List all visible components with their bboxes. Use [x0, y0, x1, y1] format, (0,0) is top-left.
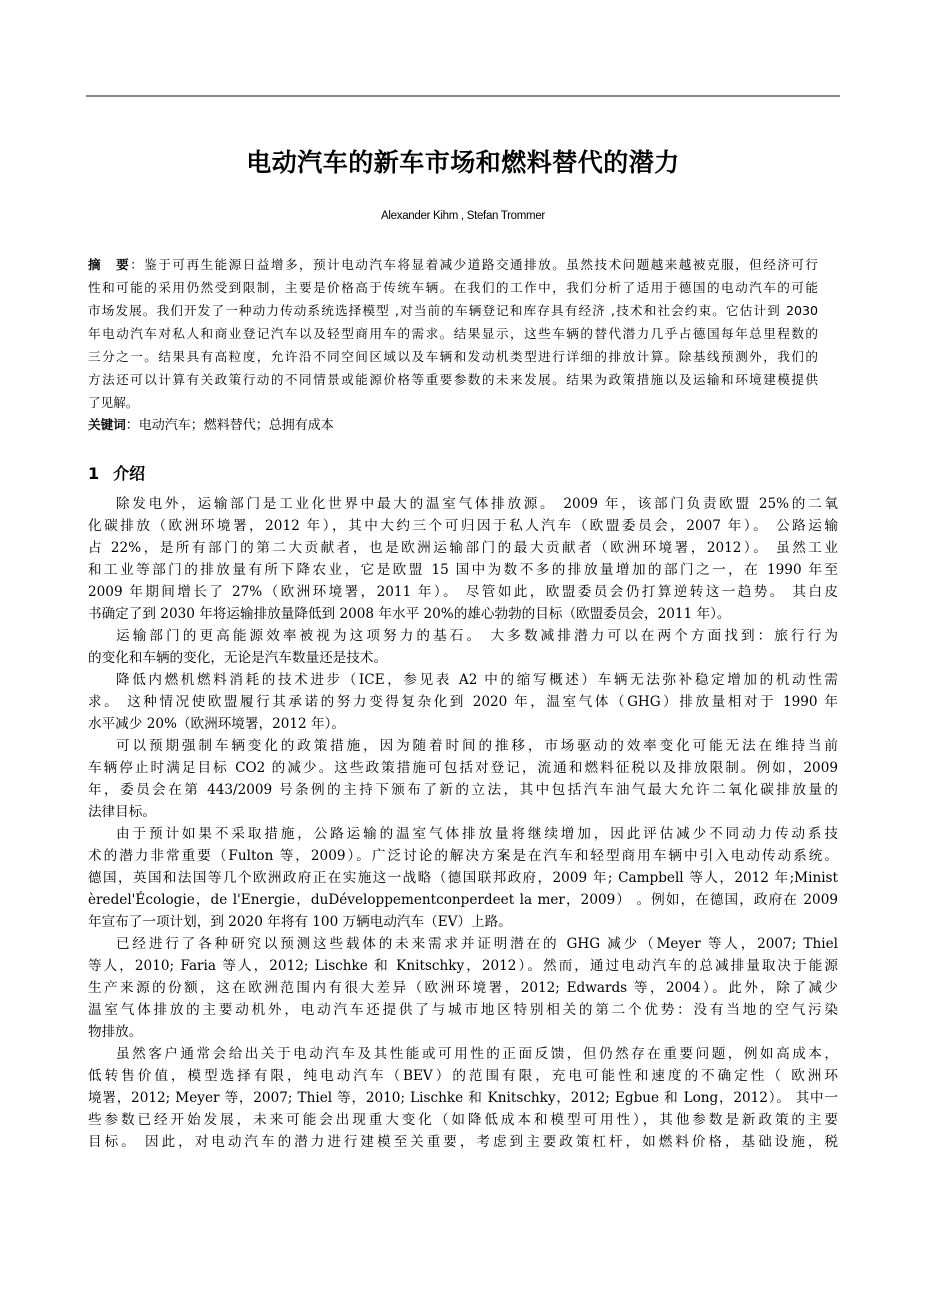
body-line: 已经进行了各种研究以预测这些载体的未来需求并证明潜在的 GHG 减少（Meyer… — [88, 933, 838, 955]
body-line: 低转售价值，模型选择有限，纯电动汽车（BEV）的范围有限，充电可能性和速度的不确… — [88, 1065, 838, 1087]
body-line: 运输部门的更高能源效率被视为这项努力的基石。 大多数减排潜力可以在两个方面找到：… — [88, 625, 838, 647]
body-line: 温室气体排放的主要动机外，电动汽车还提供了与城市地区特别相关的第二个优势：没有当… — [88, 999, 838, 1021]
body-line: 年，委员会在第 443/2009 号条例的主持下颁布了新的立法，其中包括汽车油气… — [88, 779, 838, 801]
body-line: 些参数已经开始发展，未来可能会出现重大变化（如降低成本和模型可用性），其他参数是… — [88, 1109, 838, 1131]
body-line: 术的潜力非常重要（Fulton 等，2009）。广泛讨论的解决方案是在汽车和轻型… — [88, 845, 838, 867]
paper-title: 电动汽车的新车市场和燃料替代的潜力 — [0, 143, 926, 179]
body-line: 等人，2010; Faria 等人，2012; Lischke 和 Knitsc… — [88, 955, 838, 977]
body-line: 2009 年期间增长了 27%（欧洲环境署，2011 年）。 尽管如此，欧盟委员… — [88, 581, 838, 603]
abstract-line: 市场发展。我们开发了一种动力传动系统选择模型 ,对当前的车辆登记和库存具有经济 … — [88, 299, 818, 322]
body-line: 目标。 因此，对电动汽车的潜力进行建模至关重要，考虑到主要政策杠杆，如燃料价格，… — [88, 1131, 838, 1153]
body-line: 法律目标。 — [88, 801, 838, 823]
header-rule — [86, 95, 840, 97]
section-heading: 1介绍 — [88, 461, 145, 484]
body-text: 除发电外，运输部门是工业化世界中最大的温室气体排放源。 2009 年，该部门负责… — [88, 493, 838, 1153]
body-line: 德国，英国和法国等几个欧洲政府正在实施这一战略（德国联邦政府，2009 年; C… — [88, 867, 838, 889]
body-line: 年宣布了一项计划，到 2020 年将有 100 万辆电动汽车（EV）上路。 — [88, 911, 838, 933]
body-line: 可以预期强制车辆变化的政策措施，因为随着时间的推移，市场驱动的效率变化可能无法在… — [88, 735, 838, 757]
body-line: 车辆停止时满足目标 CO2 的减少。这些政策措施可包括对登记，流通和燃料征税以及… — [88, 757, 838, 779]
body-line: 由于预计如果不采取措施，公路运输的温室气体排放量将继续增加，因此评估减少不同动力… — [88, 823, 838, 845]
abstract-line: 性和可能的采用仍然受到限制，主要是价格高于传统车辆。在我们的工作中，我们分析了适… — [88, 276, 818, 299]
body-line: 虽然客户通常会给出关于电动汽车及其性能或可用性的正面反馈，但仍然存在重要问题，例… — [88, 1043, 838, 1065]
abstract-line: 了见解。 — [88, 391, 818, 414]
body-line: 物排放。 — [88, 1021, 838, 1043]
abstract-line: 方法还可以计算有关政策行动的不同情景或能源价格等重要参数的未来发展。结果为政策措… — [88, 368, 818, 391]
body-line: 生产来源的份额，这在欧洲范围内有很大差异（欧洲环境署，2012; Edwards… — [88, 977, 838, 999]
body-line: 书确定了到 2030 年将运输排放量降低到 2008 年水平 20%的雄心勃勃的… — [88, 603, 838, 625]
authors: Alexander Kihm , Stefan Trommer — [0, 210, 926, 222]
abstract-label: 摘 要 — [88, 257, 130, 272]
body-line: 的变化和车辆的变化，无论是汽车数量还是技术。 — [88, 647, 838, 669]
abstract-line: 摘 要：鉴于可再生能源日益增多，预计电动汽车将显着减少道路交通排放。虽然技术问题… — [88, 253, 818, 276]
body-line: 求。 这种情况使欧盟履行其承诺的努力变得复杂化到 2020 年，温室气体（GHG… — [88, 691, 838, 713]
body-line: 化碳排放（欧洲环境署，2012 年），其中大约三个可归因于私人汽车（欧盟委员会，… — [88, 515, 838, 537]
keywords: 关键词：电动汽车；燃料替代；总拥有成本 — [88, 415, 334, 436]
section-number: 1 — [88, 464, 99, 483]
body-line: 和工业等部门的排放量有所下降农业，它是欧盟 15 国中为数不多的排放量增加的部门… — [88, 559, 838, 581]
body-line: èredel'Écologie，de l'Energie，duDéveloppe… — [88, 889, 838, 911]
body-line: 除发电外，运输部门是工业化世界中最大的温室气体排放源。 2009 年，该部门负责… — [88, 493, 838, 515]
body-line: 占 22%，是所有部门的第二大贡献者，也是欧洲运输部门的最大贡献者（欧洲环境署，… — [88, 537, 838, 559]
keywords-label: 关键词 — [88, 417, 126, 432]
abstract-line: 年电动汽车对私人和商业登记汽车以及轻型商用车的需求。结果显示，这些车辆的替代潜力… — [88, 322, 818, 345]
keywords-values: ：电动汽车；燃料替代；总拥有成本 — [126, 418, 334, 433]
section-title: 介绍 — [113, 464, 145, 483]
abstract: 摘 要：鉴于可再生能源日益增多，预计电动汽车将显着减少道路交通排放。虽然技术问题… — [88, 253, 818, 414]
abstract-line: 三分之一。结果具有高粒度，允许沿不同空间区域以及车辆和发动机类型进行详细的排放计… — [88, 345, 818, 368]
body-line: 降低内燃机燃料消耗的技术进步（ICE，参见表 A2 中的缩写概述）车辆无法弥补稳… — [88, 669, 838, 691]
body-line: 境署，2012; Meyer 等，2007; Thiel 等，2010; Lis… — [88, 1087, 838, 1109]
body-line: 水平减少 20%（欧洲环境署，2012 年）。 — [88, 713, 838, 735]
